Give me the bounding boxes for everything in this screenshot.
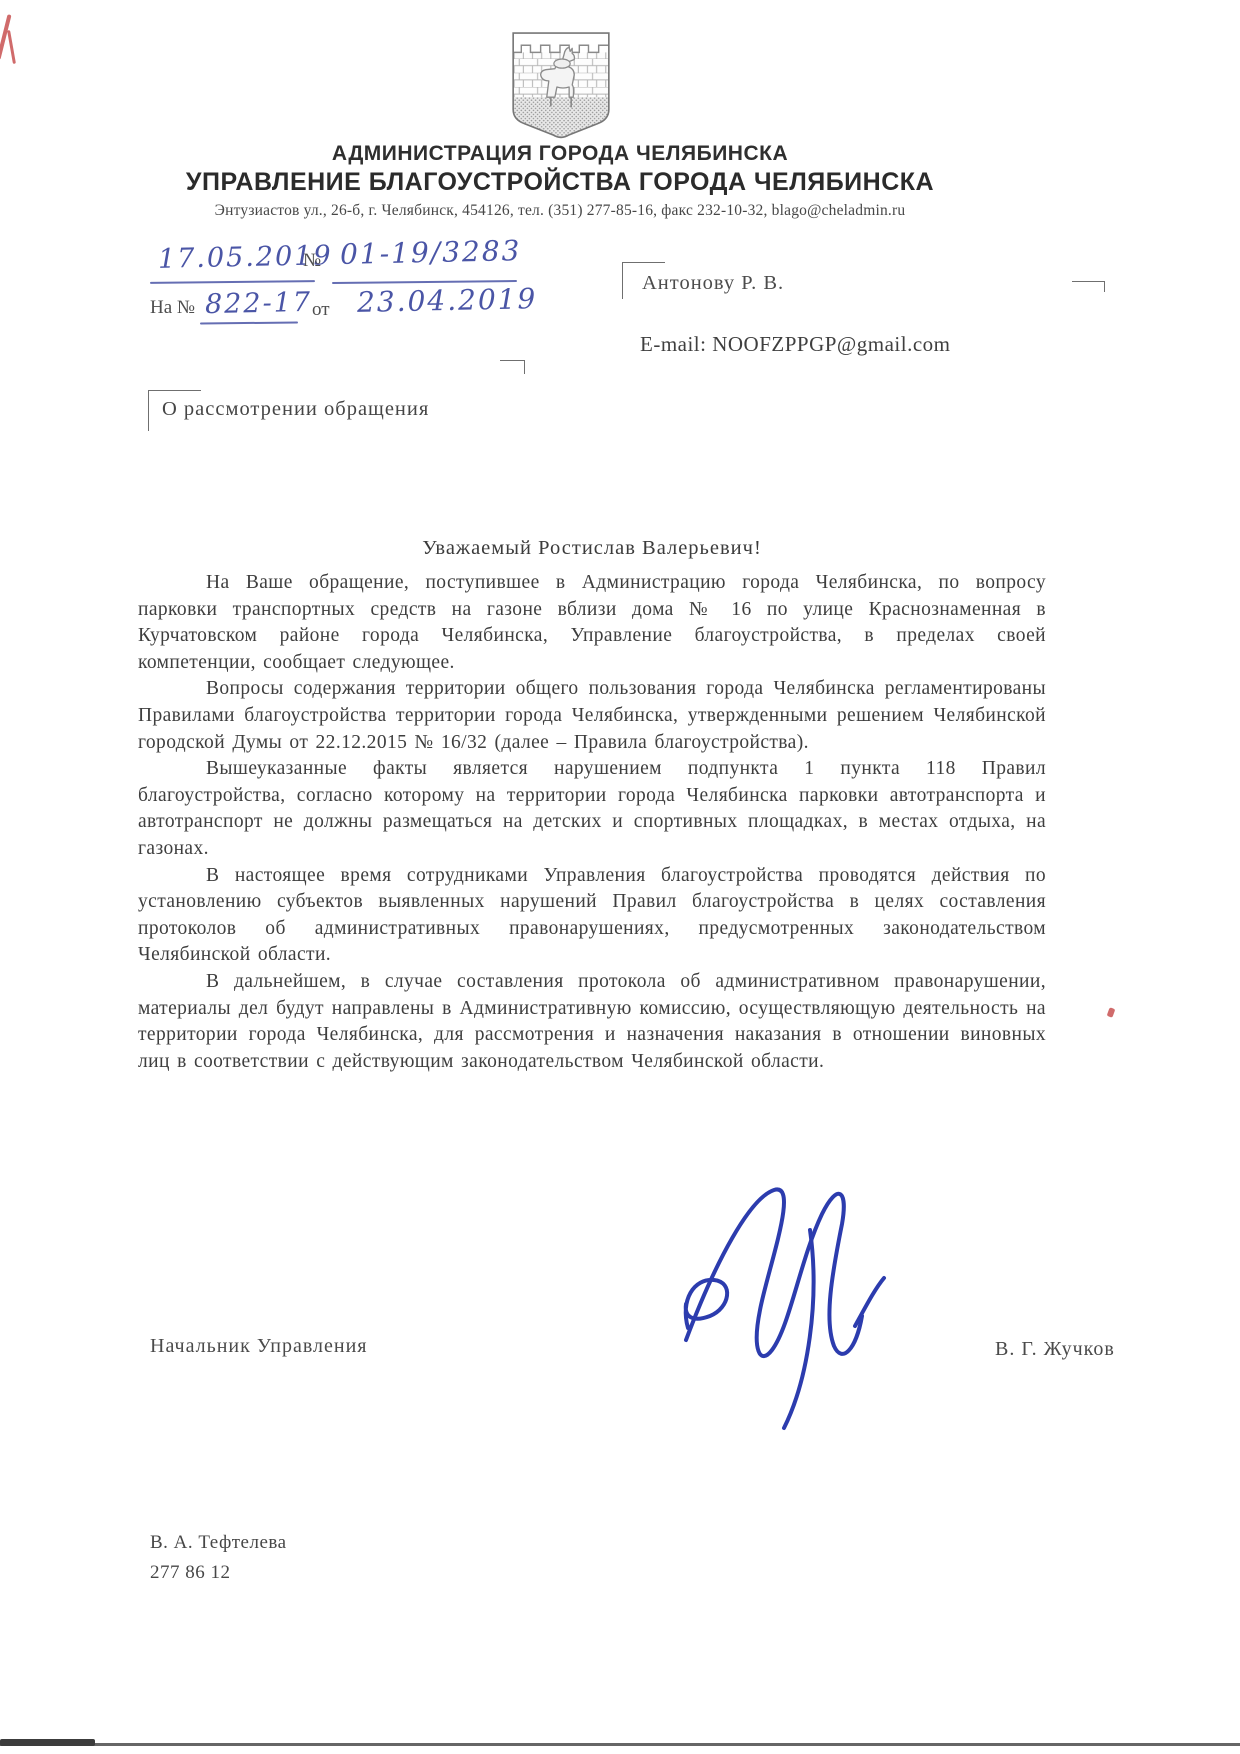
reply-number-handwritten: 822-17 xyxy=(205,287,313,320)
org-name-line2: УПРАВЛЕНИЕ БЛАГОУСТРОЙСТВА ГОРОДА ЧЕЛЯБИ… xyxy=(0,168,1120,197)
letterhead: АДМИНИСТРАЦИЯ ГОРОДА ЧЕЛЯБИНСКА УПРАВЛЕН… xyxy=(0,142,1120,220)
scan-artifact xyxy=(7,30,16,64)
underline xyxy=(200,321,298,324)
body-paragraph: В дальнейшем, в случае составления прото… xyxy=(138,969,1046,1075)
underline xyxy=(150,280,315,284)
org-name-line1: АДМИНИСТРАЦИЯ ГОРОДА ЧЕЛЯБИНСКА xyxy=(0,142,1120,166)
scan-artifact xyxy=(1107,1007,1116,1018)
scan-edge-line xyxy=(0,1743,1240,1746)
scan-edge-corner xyxy=(0,1739,95,1746)
signer-position: Начальник Управления xyxy=(150,1335,367,1358)
body-paragraph: Вышеуказанные факты является нарушением … xyxy=(138,756,1046,862)
scanned-letter-page: АДМИНИСТРАЦИЯ ГОРОДА ЧЕЛЯБИНСКА УПРАВЛЕН… xyxy=(0,0,1240,1754)
reply-from-label: от xyxy=(312,299,330,321)
reply-ref-prefix: На № xyxy=(150,297,195,319)
number-sign: № xyxy=(303,250,321,272)
executor-phone: 277 86 12 xyxy=(150,1558,287,1588)
addressee-name: Антонову Р. В. xyxy=(642,272,784,295)
chelyabinsk-coat-of-arms-camel-icon xyxy=(510,30,612,144)
subject-line: О рассмотрении обращения xyxy=(162,398,429,421)
addressee-field-corner-right xyxy=(1072,281,1105,292)
handwritten-signature-icon xyxy=(650,1150,910,1440)
executor-block: В. А. Тефтелева 277 86 12 xyxy=(150,1528,287,1588)
org-contact-line: Энтузиастов ул., 26-б, г. Челябинск, 454… xyxy=(0,202,1120,220)
reply-date-handwritten: 23.04.2019 xyxy=(357,282,538,319)
executor-name: В. А. Тефтелева xyxy=(150,1528,287,1558)
body-paragraph: На Ваше обращение, поступившее в Админис… xyxy=(138,570,1046,676)
body-paragraph: В настоящее время сотрудниками Управлени… xyxy=(138,863,1046,969)
coat-of-arms-emblem xyxy=(510,30,612,144)
signer-name: В. Г. Жучков xyxy=(995,1338,1115,1361)
salutation: Уважаемый Ростислав Валерьевич! xyxy=(138,537,1046,560)
letter-body: На Ваше обращение, поступившее в Админис… xyxy=(138,570,1046,1075)
addressee-email: E-mail: NOOFZPPGP@gmail.com xyxy=(640,332,951,357)
body-paragraph: Вопросы содержания территории общего пол… xyxy=(138,676,1046,756)
outgoing-number-handwritten: 01-19/3283 xyxy=(340,234,522,271)
subject-field-corner-right xyxy=(500,360,525,374)
